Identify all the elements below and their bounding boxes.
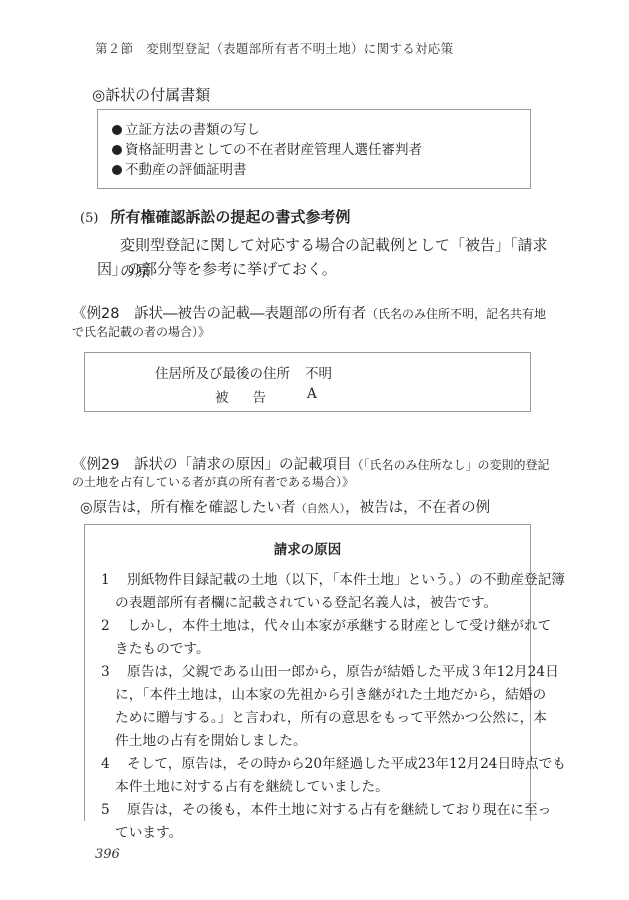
attachments-box: 立証方法の書類の写し 資格証明書としての不在者財産管理人選任審判者 不動産の評価… xyxy=(97,109,531,189)
paragraph-line-2: 因」の部分等を参考に挙げておく。 xyxy=(97,258,337,279)
example28-title-cont: で氏名記載の者の場合）》 xyxy=(72,323,210,340)
section-heading: (5)所有権確認訴訟の提起の書式参考例 xyxy=(80,206,350,227)
address-label: 住居所及び最後の住所 xyxy=(155,362,290,382)
claim-item: 1別紙物件目録記載の土地（以下，「本件土地」という。）の不動産登記簿 の表題部所… xyxy=(101,569,521,615)
bullet-icon xyxy=(112,125,122,135)
bullet-icon xyxy=(112,165,122,175)
claim-item: 5原告は，その後も，本件土地に対する占有を継続しており現在に至っ ています。 xyxy=(101,799,521,845)
claim-item: 4そして，原告は，その時から20年経過した平成23年12月24日時点でも 本件土… xyxy=(101,753,521,799)
page-number: 396 xyxy=(95,847,120,862)
list-item: 資格証明書としての不在者財産管理人選任審判者 xyxy=(112,140,422,160)
address-value: 不明 xyxy=(305,362,332,382)
example28-box: 住居所及び最後の住所 不明 被告 A xyxy=(84,352,531,412)
bullet-icon xyxy=(112,145,122,155)
list-item: 不動産の評価証明書 xyxy=(112,160,422,180)
section-number: (5) xyxy=(80,211,98,226)
claim-item: 2しかし，本件土地は，代々山本家が承継する財産として受け継がれて きたものです。 xyxy=(101,615,521,661)
running-head: 第２節 変則型登記（表題部所有者不明土地）に関する対応策 xyxy=(95,39,453,57)
example28-title: 《例28 訴状―被告の記載―表題部の所有者（氏名のみ住所不明，記名共有地 xyxy=(72,302,546,323)
claim-cause-title: 請求の原因 xyxy=(85,538,530,558)
example29-subtitle: ◎原告は，所有権を確認したい者（自然人），被告は，不在者の例 xyxy=(80,496,490,517)
example29-title-cont: の土地を占有している者が真の所有者である場合）》 xyxy=(72,473,354,490)
claims-list: 1別紙物件目録記載の土地（以下，「本件土地」という。）の不動産登記簿 の表題部所… xyxy=(101,569,521,845)
claim-item: 3原告は，父親である山田一郎から，原告が結婚した平成３年12月24日 に，「本件… xyxy=(101,661,521,753)
claim-cause-box: 請求の原因 1別紙物件目録記載の土地（以下，「本件土地」という。）の不動産登記簿… xyxy=(84,524,531,821)
attachments-title: ◎訴状の付属書類 xyxy=(92,84,210,105)
section-title: 所有権確認訴訟の提起の書式参考例 xyxy=(110,208,350,226)
defendant-value: A xyxy=(307,386,317,402)
attachments-list: 立証方法の書類の写し 資格証明書としての不在者財産管理人選任審判者 不動産の評価… xyxy=(112,120,422,180)
defendant-label: 被告 xyxy=(215,386,290,406)
example29-title: 《例29 訴状の「請求の原因」の記載項目（「氏名のみ住所なし」の変則的登記 xyxy=(72,453,549,474)
list-item: 立証方法の書類の写し xyxy=(112,120,422,140)
